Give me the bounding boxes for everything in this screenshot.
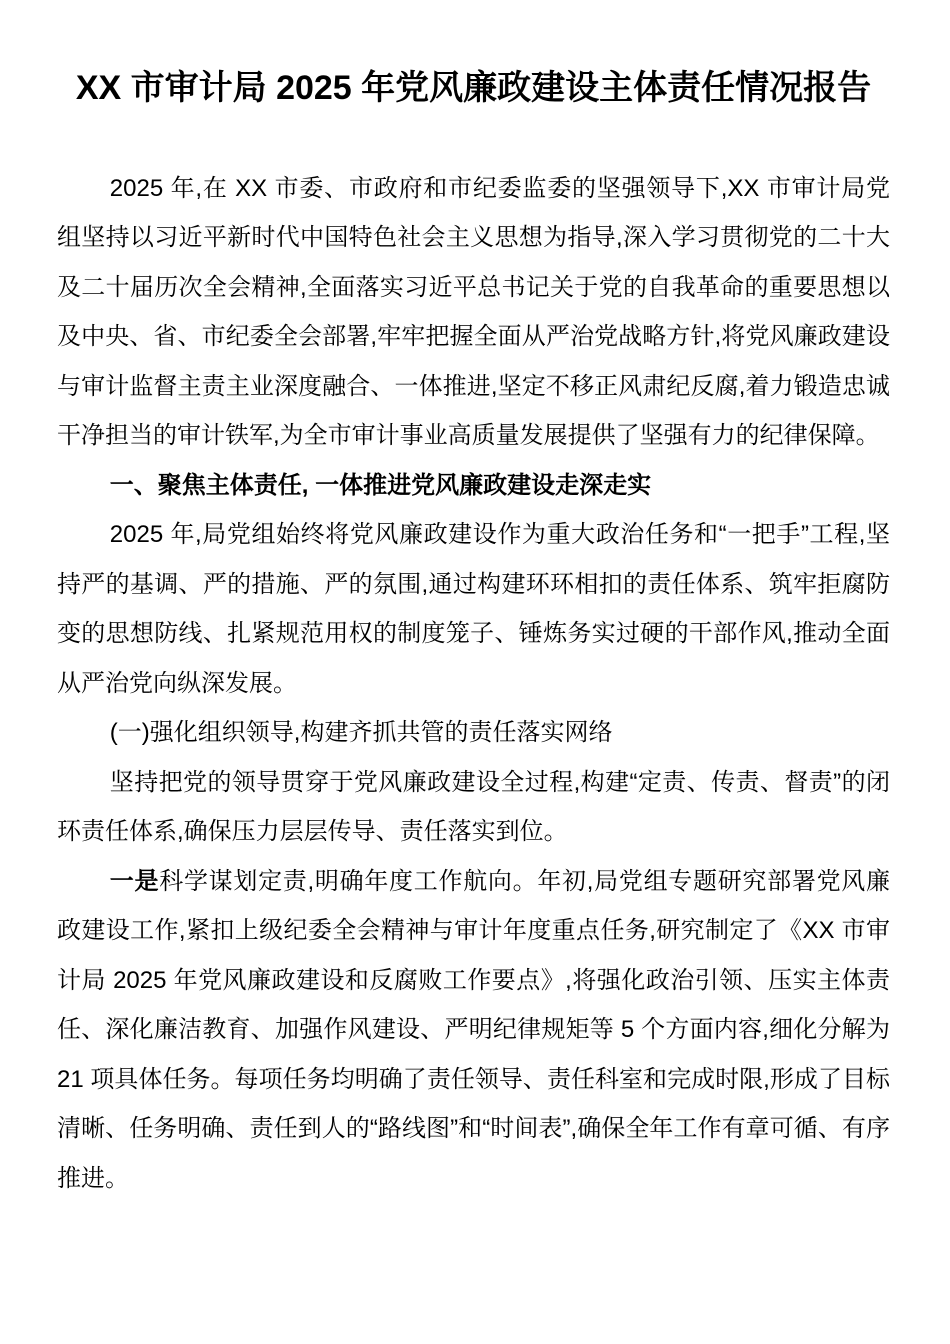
section-heading-1: 一、聚焦主体责任, 一体推进党风廉政建设走深走实 xyxy=(57,461,890,511)
point-1-lead: 一是 xyxy=(110,868,159,895)
paragraph-point-1: 一是科学谋划定责,明确年度工作航向。年初,局党组专题研究部署党风廉政建设工作,紧… xyxy=(57,857,890,1204)
paragraph-subsection-1-1-overview: 坚持把党的领导贯穿于党风廉政建设全过程,构建“定责、传责、督责”的闭环责任体系,… xyxy=(57,758,890,857)
document-page: XX 市审计局 2025 年党风廉政建设主体责任情况报告 2025 年,在 XX… xyxy=(0,0,950,1344)
paragraph-section-1-overview: 2025 年,局党组始终将党风廉政建设作为重大政治任务和“一把手”工程,坚持严的… xyxy=(57,510,890,708)
point-1-text: 科学谋划定责,明确年度工作航向。年初,局党组专题研究部署党风廉政建设工作,紧扣上… xyxy=(57,868,890,1192)
document-title: XX 市审计局 2025 年党风廉政建设主体责任情况报告 xyxy=(57,64,890,114)
subsection-heading-1-1: (一)强化组织领导,构建齐抓共管的责任落实网络 xyxy=(57,708,890,758)
paragraph-intro: 2025 年,在 XX 市委、市政府和市纪委监委的坚强领导下,XX 市审计局党组… xyxy=(57,164,890,461)
